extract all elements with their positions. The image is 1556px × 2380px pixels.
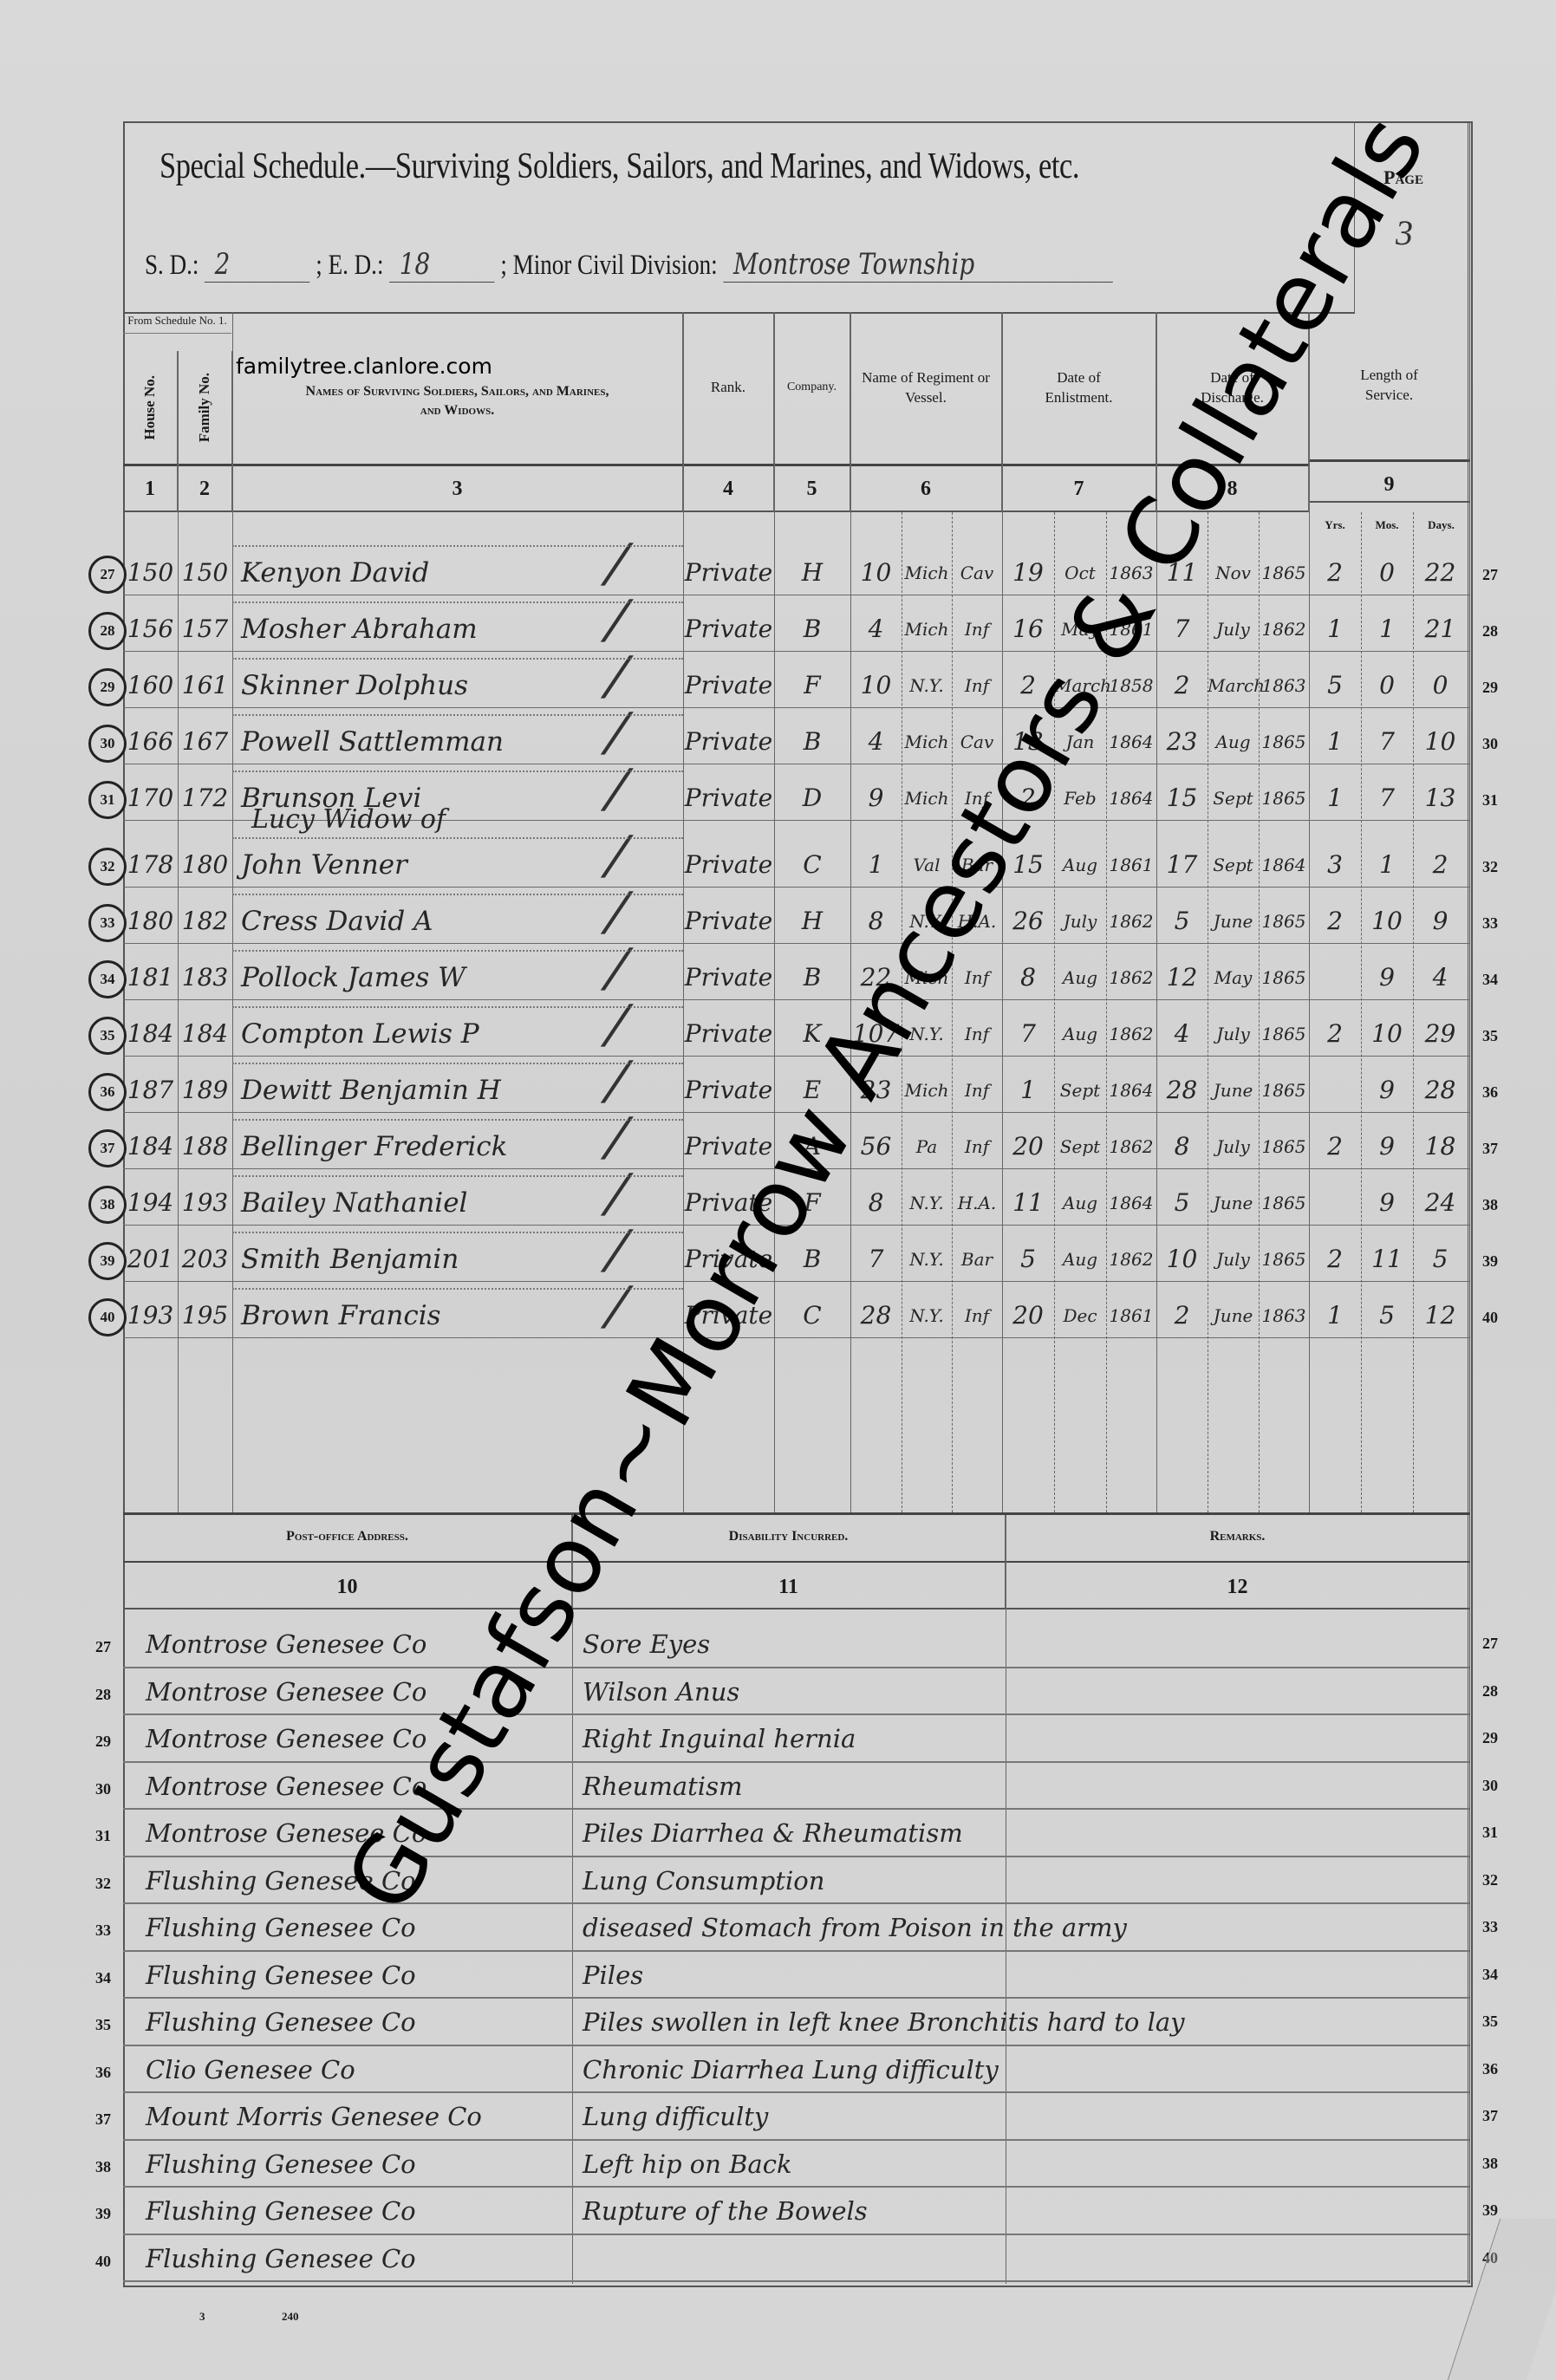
regiment-arm-cell: H.A. [952, 1168, 1002, 1225]
dotted-rule [232, 1175, 683, 1177]
address-row: Mount Morris Genesee CoLung difficulty [123, 2091, 1469, 2139]
dotted-rule [232, 658, 683, 660]
regiment-arm-cell: Bar [952, 1225, 1002, 1281]
family-no-cell: 203 [178, 1225, 232, 1281]
discharge-day-cell: 28 [1156, 1056, 1208, 1112]
years-cell: 3 [1309, 830, 1361, 887]
right-line-number: 30 [1482, 735, 1498, 753]
rank-cell: Private [683, 887, 774, 943]
years-cell: 1 [1309, 707, 1361, 764]
months-cell: 1 [1361, 830, 1413, 887]
months-cell: 9 [1361, 943, 1413, 999]
line-number-circle: 36 [88, 1073, 127, 1111]
dotted-rule [232, 1232, 683, 1233]
right-line-number: 28 [1482, 1682, 1498, 1700]
remarks-cell [1006, 1761, 1467, 1809]
sub-years: Yrs. [1309, 512, 1361, 538]
left-line-number: 30 [95, 1780, 111, 1798]
house-no-cell: 166 [123, 707, 178, 764]
discharge-month-cell: July [1208, 1112, 1259, 1168]
enlist-year-cell: 1862 [1106, 1112, 1156, 1168]
footer-left-number: 3 [199, 2310, 205, 2324]
right-line-number: 32 [1482, 858, 1498, 876]
enlist-day-cell: 1 [1002, 1056, 1054, 1112]
discharge-month-cell: July [1208, 1225, 1259, 1281]
header-rank: Rank. [683, 312, 774, 464]
left-line-number: 36 [95, 2064, 111, 2082]
right-line-number: 39 [1482, 1252, 1498, 1271]
right-line-number: 33 [1482, 1918, 1498, 1936]
family-no-cell: 183 [178, 943, 232, 999]
years-cell: 2 [1309, 887, 1361, 943]
enlist-month-cell: Aug [1054, 830, 1106, 887]
enlist-month-cell: Sept [1054, 1112, 1106, 1168]
enlist-month-cell: Dec [1054, 1281, 1106, 1337]
enlist-month-cell: Aug [1054, 943, 1106, 999]
dotted-rule [232, 894, 683, 895]
col-num-3: 3 [232, 464, 683, 512]
line-number-circle: 29 [88, 668, 127, 706]
left-line-number: 34 [95, 1969, 111, 1987]
regiment-number-cell: 10 [850, 538, 902, 595]
rank-cell: Private [683, 651, 774, 707]
discharge-day-cell: 4 [1156, 999, 1208, 1056]
days-cell: 4 [1413, 943, 1468, 999]
sd-value: 2 [205, 247, 309, 283]
days-cell: 9 [1413, 887, 1468, 943]
dotted-rule [232, 602, 683, 603]
rank-cell: Private [683, 1056, 774, 1112]
regiment-state-cell: N.Y. [902, 1225, 952, 1281]
years-cell: 2 [1309, 999, 1361, 1056]
years-cell: 2 [1309, 1112, 1361, 1168]
enlist-year-cell: 1862 [1106, 1225, 1156, 1281]
days-cell: 5 [1413, 1225, 1468, 1281]
house-no-cell: 184 [123, 1112, 178, 1168]
discharge-month-cell: June [1208, 1168, 1259, 1225]
right-line-number: 34 [1482, 1966, 1498, 1984]
company-cell: D [774, 764, 850, 820]
remarks-cell [1006, 2234, 1467, 2281]
discharge-year-cell: 1865 [1259, 943, 1309, 999]
months-cell: 10 [1361, 887, 1413, 943]
dotted-rule [232, 771, 683, 772]
regiment-number-cell: 1 [850, 830, 902, 887]
col-num-5: 5 [774, 464, 850, 512]
months-cell: 7 [1361, 764, 1413, 820]
days-cell: 22 [1413, 538, 1468, 595]
discharge-month-cell: July [1208, 595, 1259, 651]
rank-cell: Private [683, 538, 774, 595]
address-cell: Flushing Genesee Co [135, 2139, 579, 2187]
house-no-cell: 181 [123, 943, 178, 999]
enlist-month-cell: Aug [1054, 999, 1106, 1056]
months-cell: 7 [1361, 707, 1413, 764]
remarks-cell [1006, 1902, 1467, 1950]
family-no-cell: 188 [178, 1112, 232, 1168]
line-number-circle: 31 [88, 781, 127, 819]
days-cell: 29 [1413, 999, 1468, 1056]
address-row: Montrose Genesee CoRight Inguinal hernia [123, 1713, 1469, 1761]
left-line-number: 39 [95, 2205, 111, 2223]
months-cell: 5 [1361, 1281, 1413, 1337]
address-row: Flushing Genesee Co [123, 2234, 1469, 2281]
family-no-cell: 180 [178, 830, 232, 887]
address-row: Montrose Genesee CoSore Eyes [123, 1619, 1469, 1667]
header-names: Names of Surviving Soldiers, Sailors, an… [232, 312, 683, 464]
discharge-year-cell: 1863 [1259, 651, 1309, 707]
sd-label: S. D.: [145, 250, 199, 281]
right-line-number: 27 [1482, 1635, 1498, 1653]
discharge-year-cell: 1865 [1259, 538, 1309, 595]
address-cell: Flushing Genesee Co [135, 1997, 579, 2045]
enlist-day-cell: 11 [1002, 1168, 1054, 1225]
years-cell: 1 [1309, 764, 1361, 820]
right-line-number: 34 [1482, 971, 1498, 989]
remarks-cell [1006, 1619, 1467, 1667]
regiment-state-cell: N.Y. [902, 651, 952, 707]
line-number-circle: 37 [88, 1129, 127, 1167]
ed-value: 18 [389, 247, 494, 283]
rank-cell: Private [683, 830, 774, 887]
address-cell: Flushing Genesee Co [135, 2186, 579, 2234]
regiment-state-cell: Mich [902, 538, 952, 595]
right-line-number: 38 [1482, 1196, 1498, 1214]
address-row: Flushing Genesee Codiseased Stomach from… [123, 1902, 1469, 1950]
right-line-number: 30 [1482, 1777, 1498, 1795]
right-line-number: 35 [1482, 1027, 1498, 1045]
company-cell: B [774, 707, 850, 764]
left-line-number: 37 [95, 2110, 111, 2129]
mcd-value: Montrose Township [723, 247, 1112, 283]
right-line-number: 35 [1482, 2013, 1498, 2031]
days-cell: 0 [1413, 651, 1468, 707]
enlist-year-cell: 1862 [1106, 943, 1156, 999]
discharge-month-cell: Sept [1208, 764, 1259, 820]
dotted-rule [232, 1288, 683, 1290]
header-enlistment: Date of Enlistment. [1002, 312, 1156, 464]
address-row: Clio Genesee CoChronic Diarrhea Lung dif… [123, 2045, 1469, 2092]
address-row: Montrose Genesee CoWilson Anus [123, 1667, 1469, 1714]
company-cell: B [774, 595, 850, 651]
right-line-number: 29 [1482, 679, 1498, 697]
months-cell: 9 [1361, 1112, 1413, 1168]
family-no-cell: 157 [178, 595, 232, 651]
discharge-day-cell: 23 [1156, 707, 1208, 764]
remarks-cell [1006, 2045, 1467, 2092]
col-num-11: 11 [572, 1561, 1006, 1609]
days-cell: 2 [1413, 830, 1468, 887]
right-line-number: 37 [1482, 1140, 1498, 1158]
col-num-6: 6 [850, 464, 1002, 512]
header-regiment: Name of Regiment or Vessel. [850, 312, 1002, 464]
remarks-cell [1006, 2139, 1467, 2187]
right-line-number: 39 [1482, 2201, 1498, 2220]
months-cell: 1 [1361, 595, 1413, 651]
regiment-number-cell: 7 [850, 1225, 902, 1281]
remarks-cell [1006, 2091, 1467, 2139]
address-row: Flushing Genesee CoPiles swollen in left… [123, 1997, 1469, 2045]
years-cell: 1 [1309, 1281, 1361, 1337]
address-cell: Flushing Genesee Co [135, 2234, 579, 2281]
right-line-number: 31 [1482, 1824, 1498, 1842]
regiment-number-cell: 8 [850, 1168, 902, 1225]
discharge-day-cell: 12 [1156, 943, 1208, 999]
remarks-cell [1006, 1997, 1467, 2045]
days-cell: 24 [1413, 1168, 1468, 1225]
discharge-year-cell: 1863 [1259, 1281, 1309, 1337]
regiment-state-cell: N.Y. [902, 1281, 952, 1337]
days-cell: 10 [1413, 707, 1468, 764]
family-no-cell: 161 [178, 651, 232, 707]
years-cell [1309, 1056, 1361, 1112]
years-cell: 1 [1309, 595, 1361, 651]
family-no-cell: 182 [178, 887, 232, 943]
address-row: Flushing Genesee CoLung Consumption [123, 1856, 1469, 1903]
line-number-circle: 34 [88, 960, 127, 998]
address-cell: Flushing Genesee Co [135, 1902, 579, 1950]
address-row: Flushing Genesee CoLeft hip on Back [123, 2139, 1469, 2187]
regiment-number-cell: 9 [850, 764, 902, 820]
house-no-cell: 201 [123, 1225, 178, 1281]
house-no-cell: 150 [123, 538, 178, 595]
regiment-arm-cell: Inf [952, 1056, 1002, 1112]
row-rule [123, 1337, 1469, 1338]
days-cell: 28 [1413, 1056, 1468, 1112]
regiment-arm-cell: Inf [952, 651, 1002, 707]
enlist-month-cell: Aug [1054, 1225, 1106, 1281]
col-num-2: 2 [178, 464, 232, 512]
line-number-circle: 40 [88, 1298, 127, 1336]
right-line-number: 32 [1482, 1871, 1498, 1889]
enlist-day-cell: 19 [1002, 538, 1054, 595]
house-no-cell: 184 [123, 999, 178, 1056]
header-address: Post-office Address. [123, 1512, 572, 1561]
regiment-state-cell: Mich [902, 707, 952, 764]
left-line-number: 27 [95, 1638, 111, 1656]
regiment-number-cell: 10 [850, 651, 902, 707]
regiment-number-cell: 4 [850, 707, 902, 764]
regiment-number-cell: 28 [850, 1281, 902, 1337]
address-cell: Clio Genesee Co [135, 2045, 579, 2092]
line-number-circle: 32 [88, 848, 127, 886]
left-line-number: 33 [95, 1922, 111, 1940]
discharge-month-cell: June [1208, 1281, 1259, 1337]
left-line-number: 29 [95, 1733, 111, 1751]
discharge-year-cell: 1862 [1259, 595, 1309, 651]
line-number-circle: 27 [88, 556, 127, 594]
right-line-number: 27 [1482, 566, 1498, 584]
remarks-cell [1006, 1667, 1467, 1714]
years-cell: 5 [1309, 651, 1361, 707]
left-line-number: 28 [95, 1686, 111, 1704]
line-number-circle: 35 [88, 1017, 127, 1055]
house-no-cell: 156 [123, 595, 178, 651]
enlist-day-cell: 20 [1002, 1112, 1054, 1168]
address-cell: Flushing Genesee Co [135, 1950, 579, 1998]
discharge-year-cell: 1865 [1259, 999, 1309, 1056]
discharge-day-cell: 15 [1156, 764, 1208, 820]
discharge-year-cell: 1864 [1259, 830, 1309, 887]
house-no-cell: 178 [123, 830, 178, 887]
house-no-cell: 194 [123, 1168, 178, 1225]
regiment-arm-cell: Inf [952, 999, 1002, 1056]
right-line-number: 37 [1482, 2107, 1498, 2125]
col-num-12: 12 [1006, 1561, 1469, 1609]
regiment-arm-cell: Inf [952, 1112, 1002, 1168]
remarks-cell [1006, 1808, 1467, 1856]
company-cell: C [774, 830, 850, 887]
dotted-rule [232, 714, 683, 716]
line-number-circle: 28 [88, 612, 127, 650]
family-no-cell: 184 [178, 999, 232, 1056]
family-no-cell: 172 [178, 764, 232, 820]
rank-cell: Private [683, 943, 774, 999]
rank-cell: Private [683, 595, 774, 651]
address-row: Flushing Genesee CoRupture of the Bowels [123, 2186, 1469, 2234]
ed-label: ; E. D.: [316, 250, 383, 281]
right-line-number: 29 [1482, 1729, 1498, 1747]
family-no-cell: 195 [178, 1281, 232, 1337]
months-cell: 0 [1361, 651, 1413, 707]
years-cell [1309, 1168, 1361, 1225]
right-line-number: 40 [1482, 1309, 1498, 1327]
discharge-day-cell: 8 [1156, 1112, 1208, 1168]
right-line-number: 36 [1482, 1083, 1498, 1102]
left-line-number: 32 [95, 1875, 111, 1893]
dotted-rule [232, 837, 683, 839]
enlist-day-cell: 5 [1002, 1225, 1054, 1281]
enlist-year-cell: 1864 [1106, 1168, 1156, 1225]
dotted-rule [232, 1006, 683, 1008]
enlist-day-cell: 20 [1002, 1281, 1054, 1337]
discharge-year-cell: 1865 [1259, 707, 1309, 764]
company-cell: H [774, 887, 850, 943]
months-cell: 10 [1361, 999, 1413, 1056]
site-watermark: familytree.clanlore.com [236, 354, 492, 379]
enlist-day-cell: 8 [1002, 943, 1054, 999]
discharge-day-cell: 5 [1156, 1168, 1208, 1225]
family-no-label: Family No. [195, 373, 215, 442]
regiment-state-cell: Mich [902, 595, 952, 651]
house-no-cell: 170 [123, 764, 178, 820]
discharge-year-cell: 1865 [1259, 887, 1309, 943]
discharge-month-cell: July [1208, 999, 1259, 1056]
dotted-rule [232, 950, 683, 952]
sub-months: Mos. [1361, 512, 1413, 538]
family-no-cell: 189 [178, 1056, 232, 1112]
regiment-arm-cell: Inf [952, 595, 1002, 651]
regiment-number-cell: 4 [850, 595, 902, 651]
remarks-cell [1006, 1950, 1467, 1998]
months-cell: 0 [1361, 538, 1413, 595]
enlist-year-cell: 1861 [1106, 1281, 1156, 1337]
family-no-cell: 150 [178, 538, 232, 595]
months-cell: 9 [1361, 1168, 1413, 1225]
header-company: Company. [774, 312, 850, 464]
enlist-year-cell: 1864 [1106, 1056, 1156, 1112]
regiment-arm-cell: Inf [952, 1281, 1002, 1337]
line-number-circle: 33 [88, 904, 127, 942]
rank-cell: Private [683, 999, 774, 1056]
address-row: Montrose Genesee CoRheumatism [123, 1761, 1469, 1809]
dotted-rule [232, 545, 683, 547]
regiment-state-cell: Pa [902, 1112, 952, 1168]
enlist-day-cell: 7 [1002, 999, 1054, 1056]
col-num-9: 9 [1309, 459, 1469, 503]
years-cell [1309, 943, 1361, 999]
house-no-cell: 160 [123, 651, 178, 707]
remarks-cell [1006, 2186, 1467, 2234]
right-line-number: 31 [1482, 791, 1498, 810]
enlist-year-cell: 1861 [1106, 830, 1156, 887]
days-cell: 13 [1413, 764, 1468, 820]
line-number-circle: 30 [88, 725, 127, 763]
line-number-circle: 38 [88, 1186, 127, 1224]
house-no-cell: 193 [123, 1281, 178, 1337]
house-no-cell: 180 [123, 887, 178, 943]
discharge-month-cell: June [1208, 1056, 1259, 1112]
remarks-cell [1006, 1856, 1467, 1903]
district-line: S. D.: 2 ; E. D.: 18 ; Minor Civil Divis… [145, 247, 1113, 283]
months-cell: 9 [1361, 1056, 1413, 1112]
discharge-month-cell: Sept [1208, 830, 1259, 887]
remarks-cell [1006, 1713, 1467, 1761]
rank-cell: Private [683, 764, 774, 820]
line-number-circle: 39 [88, 1242, 127, 1280]
discharge-year-cell: 1865 [1259, 1056, 1309, 1112]
left-line-number: 38 [95, 2158, 111, 2176]
discharge-month-cell: June [1208, 887, 1259, 943]
days-cell: 12 [1413, 1281, 1468, 1337]
rank-cell: Private [683, 707, 774, 764]
discharge-year-cell: 1865 [1259, 1112, 1309, 1168]
discharge-year-cell: 1865 [1259, 764, 1309, 820]
house-no-label: House No. [140, 375, 160, 440]
row-rule [123, 2280, 1469, 2282]
right-line-number: 28 [1482, 622, 1498, 641]
col-num-4: 4 [683, 464, 774, 512]
house-no-cell: 187 [123, 1056, 178, 1112]
schedule-title: Special Schedule.—Surviving Soldiers, Sa… [160, 146, 1079, 187]
days-cell: 21 [1413, 595, 1468, 651]
discharge-month-cell: May [1208, 943, 1259, 999]
discharge-day-cell: 17 [1156, 830, 1208, 887]
header-remarks: Remarks. [1006, 1512, 1469, 1561]
family-no-cell: 167 [178, 707, 232, 764]
discharge-year-cell: 1865 [1259, 1225, 1309, 1281]
days-cell: 18 [1413, 1112, 1468, 1168]
right-line-number: 38 [1482, 2155, 1498, 2173]
address-row: Montrose Genesee CoPiles Diarrhea & Rheu… [123, 1808, 1469, 1856]
discharge-month-cell: March [1208, 651, 1259, 707]
address-row: Flushing Genesee CoPiles [123, 1950, 1469, 1998]
right-line-number: 33 [1482, 914, 1498, 933]
dotted-rule [232, 1063, 683, 1064]
discharge-day-cell: 2 [1156, 1281, 1208, 1337]
header-family-no: Family No. [178, 351, 232, 464]
header-house-no: House No. [123, 351, 178, 464]
title-block: Special Schedule.—Surviving Soldiers, Sa… [123, 121, 1355, 314]
widow-note: Lucy Widow of [251, 804, 446, 835]
company-cell: H [774, 538, 850, 595]
left-line-number: 40 [95, 2253, 111, 2271]
enlist-month-cell: July [1054, 887, 1106, 943]
dotted-rule [232, 1119, 683, 1121]
enlist-month-cell: Aug [1054, 1168, 1106, 1225]
company-cell: F [774, 651, 850, 707]
years-cell: 2 [1309, 1225, 1361, 1281]
